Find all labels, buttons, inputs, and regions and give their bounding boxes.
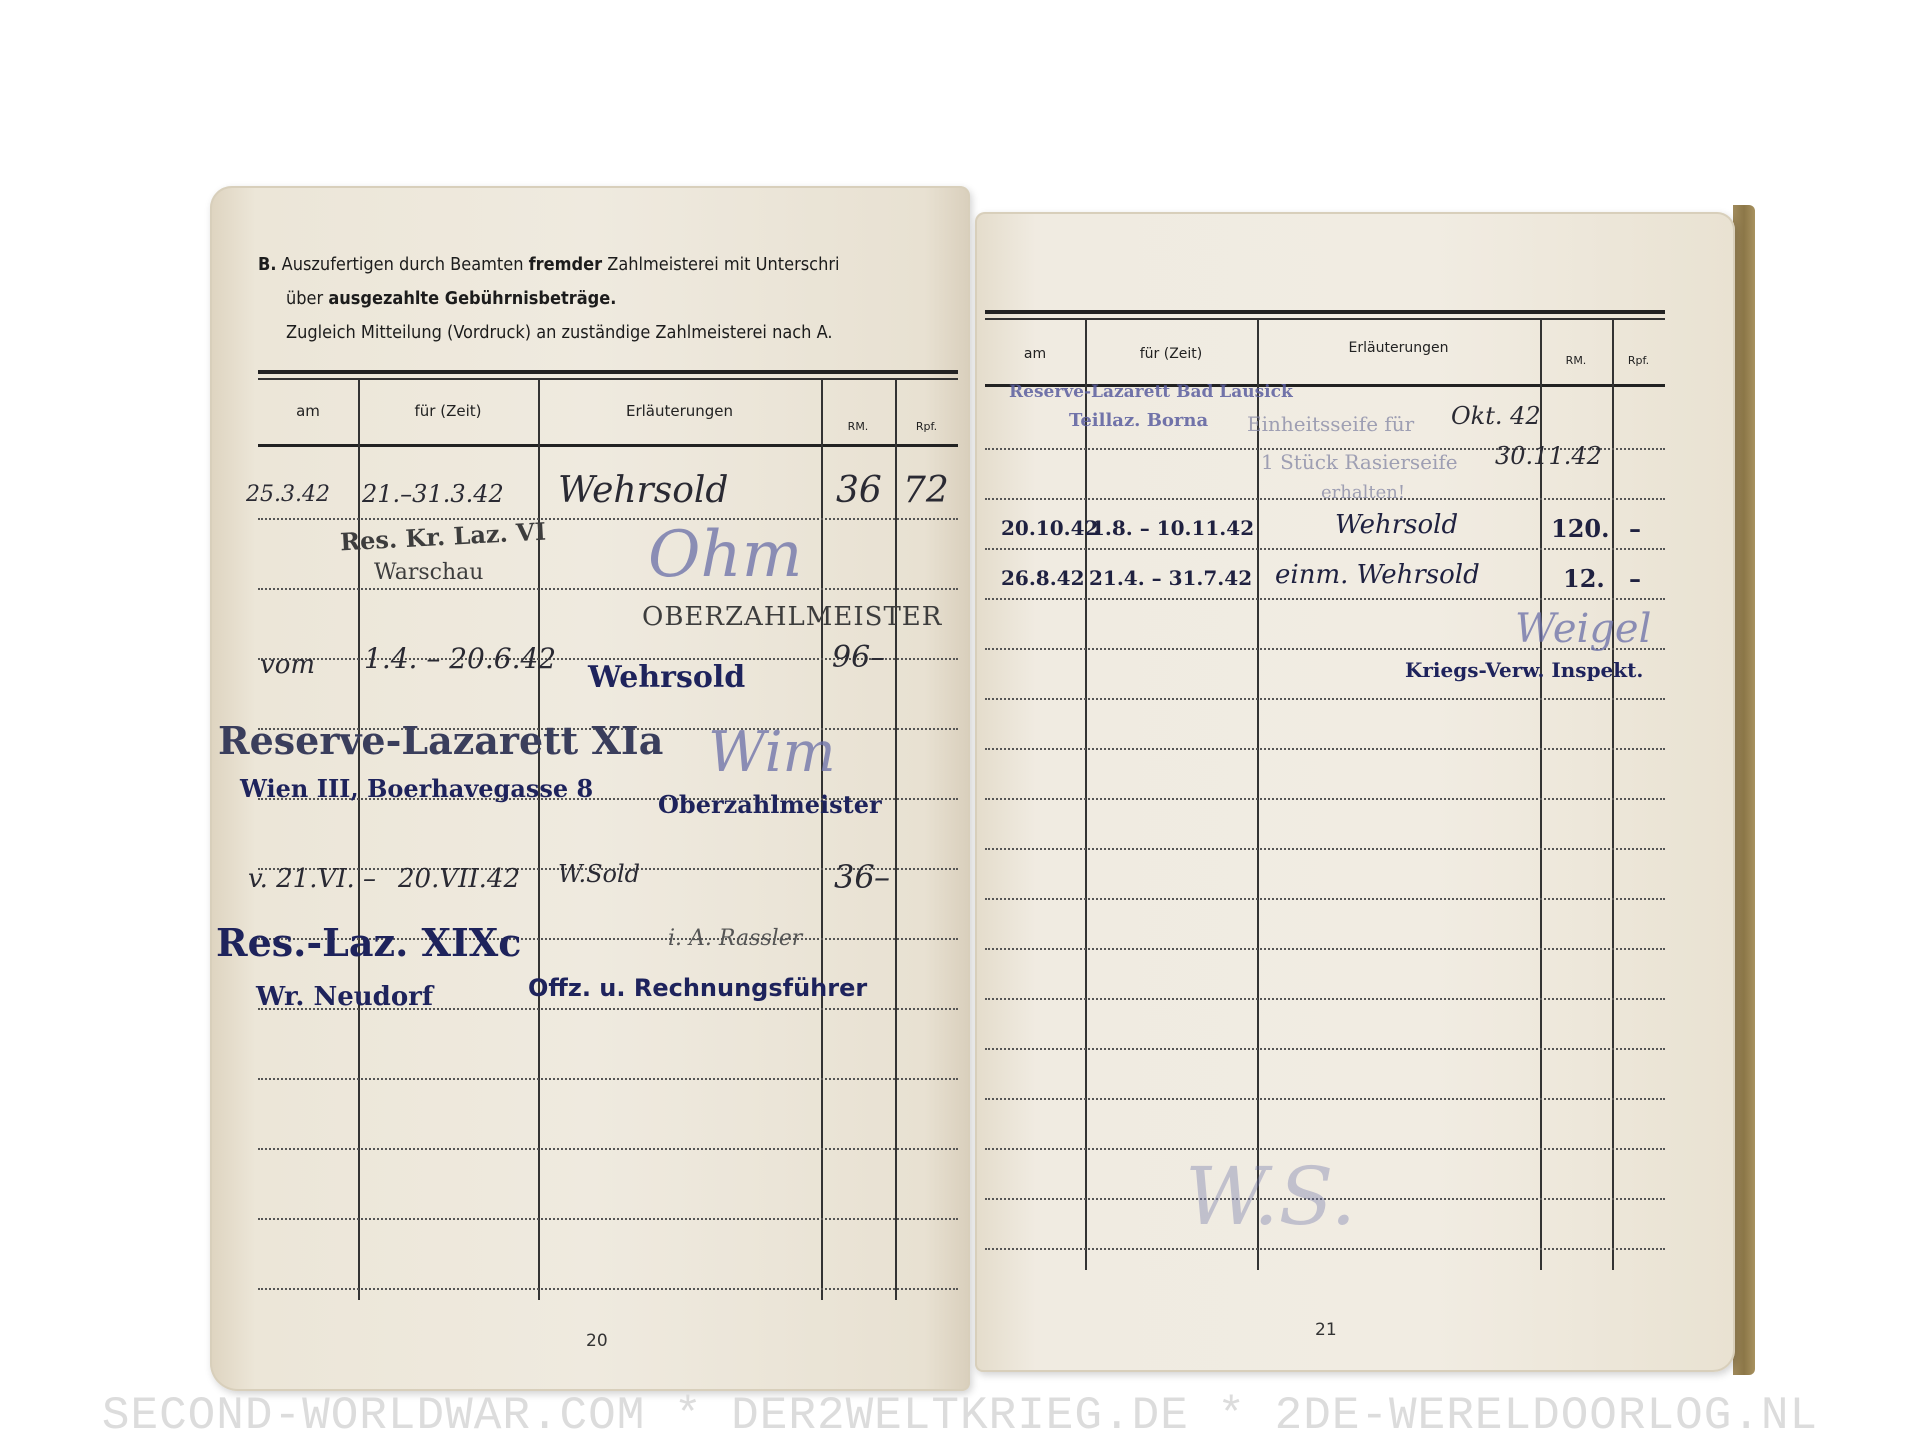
seife-date-2: 30.11.42 (1495, 442, 1602, 470)
stamp-oberzahlmeister-1: OBERZAHLMEISTER (642, 602, 942, 632)
right-entry-1-erlaeuterungen: Wehrsold (1335, 510, 1458, 540)
stamp-rasierseife: 1 Stück Rasierseife (1261, 450, 1458, 474)
stamp-wehrsold-2: Wehrsold (588, 660, 745, 695)
faded-signature-bottom: W.S. (1185, 1150, 1356, 1243)
right-entry-2-am: 26.8.42 (1001, 566, 1085, 590)
stamp-wien-address: Wien III, Boerhavegasse 8 (240, 774, 593, 803)
entry-2-fuer-zeit: 1.4. – 20.6.42 (364, 642, 556, 675)
entry-3-erlaeuterungen: W.Sold (558, 860, 640, 888)
stamp-warschau: Warschau (374, 560, 483, 585)
col-header-fuer-zeit-right: für (Zeit) (1085, 346, 1257, 362)
entry-1-erlaeuterungen: Wehrsold (558, 470, 728, 511)
entry-1-rpf: 72 (903, 470, 949, 511)
signature-kriegsverw: Weigel (1515, 606, 1651, 652)
watermark: SECOND-WORLDWAR.COM * DER2WELTKRIEG.DE *… (0, 1390, 1920, 1440)
col-header-rpf: Rpf. (895, 420, 958, 433)
payment-table-right: am für (Zeit) Erläuterungen RM. Rpf. Res… (985, 310, 1665, 1270)
entry-3-fuer-zeit: 20.VII.42 (398, 864, 520, 894)
entry-3-rm: 36 (834, 858, 875, 896)
col-header-rm: RM. (821, 420, 895, 433)
stamp-reserve-lazarett-bad-lausick: Reserve-Lazarett Bad Lausick (1009, 382, 1293, 402)
right-entry-2-erlaeuterungen: einm. Wehrsold (1275, 560, 1480, 590)
right-page: am für (Zeit) Erläuterungen RM. Rpf. Res… (975, 212, 1735, 1372)
instruction-header: B. Auszufertigen durch Beamten fremder Z… (258, 248, 840, 350)
col-header-erlaeuterungen: Erläuterungen (538, 402, 821, 420)
col-header-rpf-right: Rpf. (1612, 354, 1665, 367)
right-entry-1-rm: 120. (1551, 514, 1609, 543)
page-number-right: 21 (1315, 1320, 1337, 1340)
entry-1-am: 25.3.42 (246, 482, 330, 507)
right-entry-1-fuer-zeit: 1.8. – 10.11.42 (1091, 516, 1254, 540)
signature-oberzahlmeister-2: Wim (708, 720, 836, 785)
col-header-erlaeuterungen-right: Erläuterungen (1257, 340, 1540, 356)
entry-2-am: vom (260, 650, 315, 680)
book-edge (1733, 205, 1755, 1375)
entry-2-rpf: – (870, 640, 885, 675)
entry-1-fuer-zeit: 21.–31.3.42 (362, 480, 504, 508)
payment-table-left: am für (Zeit) Erläuterungen RM. Rpf. 25.… (258, 370, 958, 1300)
page-number-left: 20 (586, 1331, 608, 1351)
stamp-res-laz-xixc: Res.-Laz. XIXc (216, 920, 521, 965)
entry-1-rm: 36 (836, 470, 882, 511)
entry-3-rpf: – (874, 858, 890, 896)
signature-i-a: i. A. Rassler (668, 926, 802, 951)
stamp-kriegs-verw-inspekt: Kriegs-Verw. Inspekt. (1405, 658, 1643, 682)
section-letter: B. (258, 254, 277, 275)
right-entry-2-fuer-zeit: 21.4. – 31.7.42 (1089, 566, 1252, 590)
stamp-erhalten: erhalten! (1321, 482, 1405, 503)
stamp-reserve-lazarett-xia: Reserve-Lazarett XIa (218, 718, 663, 763)
right-entry-2-rm: 12. (1563, 564, 1605, 593)
signature-oberzahlmeister-1: Ohm (648, 518, 802, 592)
left-page: B. Auszufertigen durch Beamten fremder Z… (210, 186, 970, 1391)
right-entry-1-rpf: – (1629, 514, 1641, 543)
entry-2-rm: 96 (832, 640, 870, 675)
stamp-wr-neudorf: Wr. Neudorf (256, 982, 433, 1012)
right-entry-2-rpf: – (1629, 564, 1641, 593)
stamp-teillaz-borna: Teillaz. Borna (1069, 410, 1208, 431)
right-entry-1-am: 20.10.42 (1001, 516, 1098, 540)
col-header-am: am (258, 402, 358, 420)
stamp-oberzahlmeister-2: Oberzahlmeister (658, 790, 882, 819)
stamp-res-kr-laz-warschau: Res. Kr. Laz. VI (339, 517, 546, 557)
entry-3-am: v. 21.VI. – (248, 864, 376, 894)
stamp-einheitsseife: Einheitsseife für (1247, 412, 1414, 436)
stamp-rechnungsfuehrer: Offz. u. Rechnungsführer (528, 974, 867, 1002)
col-header-rm-right: RM. (1540, 354, 1612, 367)
col-header-am-right: am (985, 346, 1085, 362)
seife-date-1: Okt. 42 (1451, 402, 1541, 430)
col-header-fuer-zeit: für (Zeit) (358, 402, 538, 420)
